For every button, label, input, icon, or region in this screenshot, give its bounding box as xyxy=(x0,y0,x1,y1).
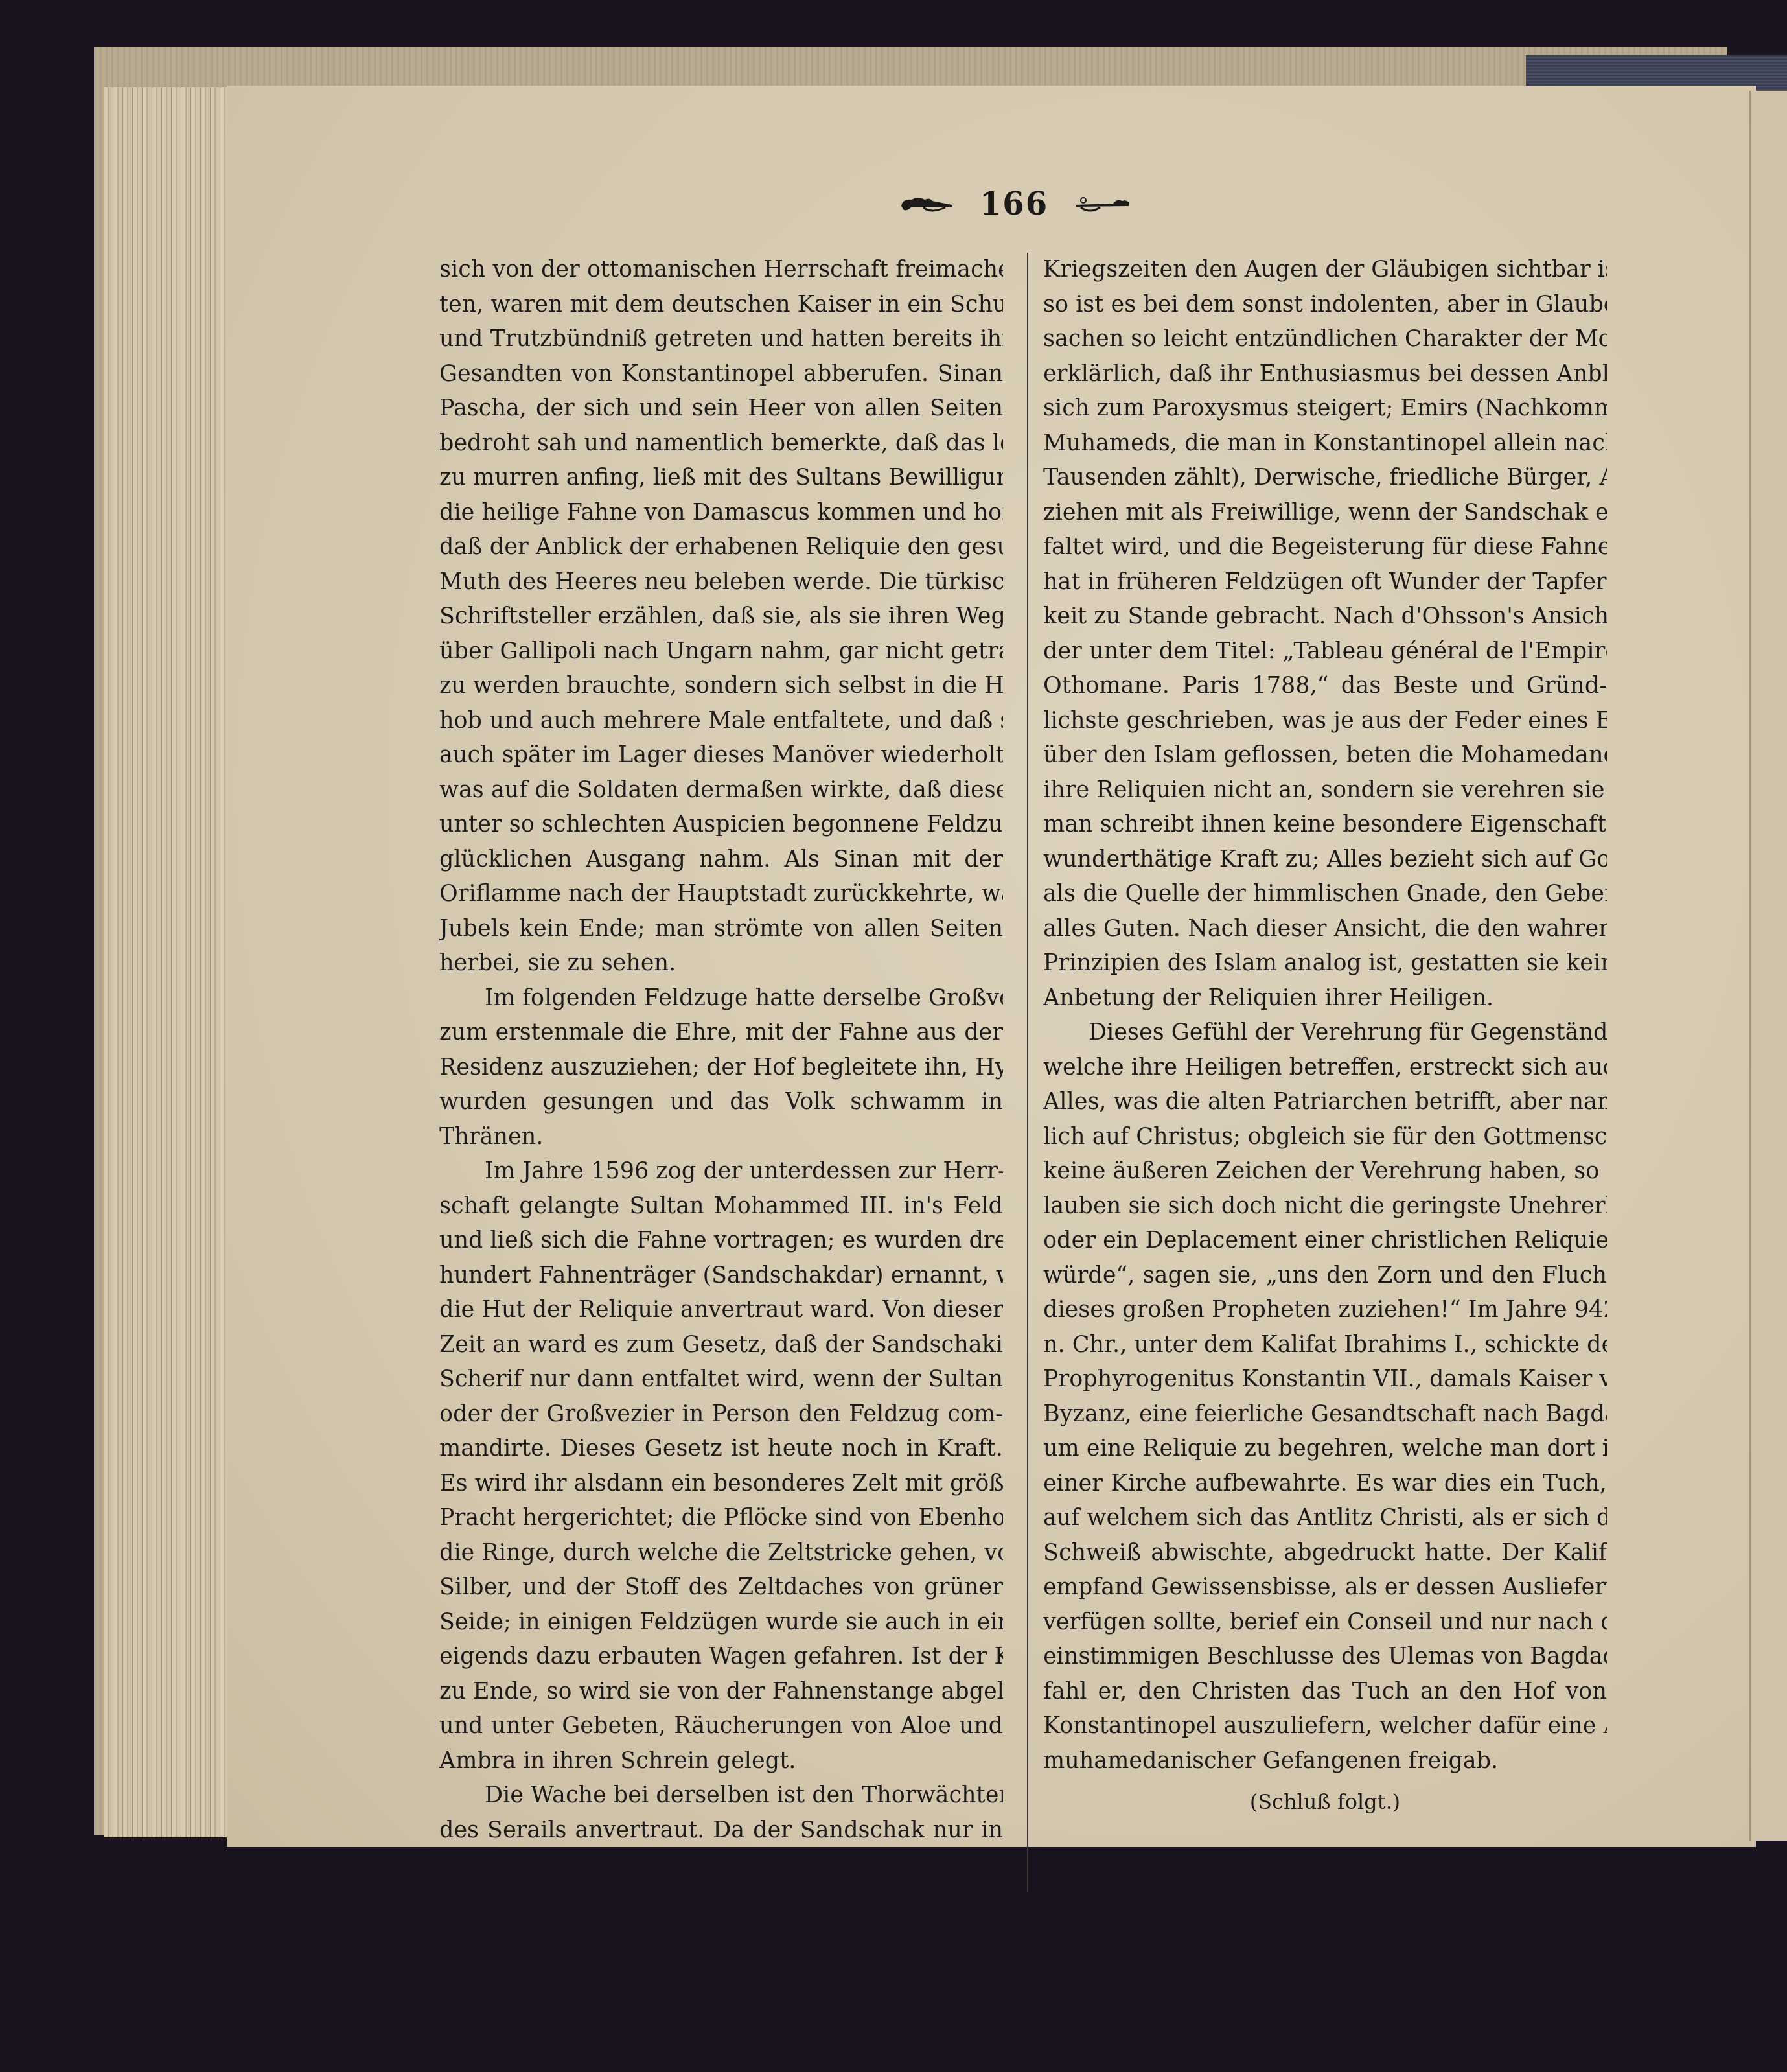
text-line: sich zum Paroxysmus steigert; Emirs (Nac… xyxy=(1043,391,1607,426)
text-line: unter so schlechten Auspicien begonnene … xyxy=(439,808,1003,843)
text-line: wurden gesungen und das Volk schwamm in xyxy=(439,1085,1003,1120)
text-line: Tausenden zählt), Derwische, friedliche … xyxy=(1043,461,1607,496)
text-line: ziehen mit als Freiwillige, wenn der San… xyxy=(1043,496,1607,531)
text-line: Byzanz, eine feierliche Gesandtschaft na… xyxy=(1043,1397,1607,1432)
text-line: Alles, was die alten Patriarchen betriff… xyxy=(1043,1085,1607,1120)
text-line: Gesandten von Konstantinopel abberufen. … xyxy=(439,357,1003,392)
text-line: Residenz auszuziehen; der Hof begleitete… xyxy=(439,1051,1003,1086)
text-line: sich von der ottomanischen Herrschaft fr… xyxy=(439,253,1003,288)
text-line: Seide; in einigen Feldzügen wurde sie au… xyxy=(439,1605,1003,1640)
text-line: oder ein Deplacement einer christlichen … xyxy=(1043,1224,1607,1259)
text-line: als die Quelle der himmlischen Gnade, de… xyxy=(1043,877,1607,912)
text-line: welche ihre Heiligen betreffen, erstreck… xyxy=(1043,1051,1607,1086)
text-line: Es wird ihr alsdann ein besonderes Zelt … xyxy=(439,1467,1003,1502)
text-line: Dieses Gefühl der Verehrung für Gegenstä… xyxy=(1043,1016,1607,1051)
text-line: ihre Reliquien nicht an, sondern sie ver… xyxy=(1043,773,1607,808)
text-line: keit zu Stande gebracht. Nach d'Ohsson's… xyxy=(1043,599,1607,634)
text-line: Zeit an ward es zum Gesetz, daß der Sand… xyxy=(439,1328,1003,1363)
text-line: und Trutzbündniß getreten und hatten ber… xyxy=(439,322,1003,357)
text-line: fahl er, den Christen das Tuch an den Ho… xyxy=(1043,1675,1607,1710)
ornament-left-icon xyxy=(899,194,954,214)
text-line: lich auf Christus; obgleich sie für den … xyxy=(1043,1120,1607,1155)
text-line: Oriflamme nach der Hauptstadt zurückkehr… xyxy=(439,877,1003,912)
text-line: zu murren anfing, ließ mit des Sultans B… xyxy=(439,461,1003,496)
text-line: faltet wird, und die Begeisterung für di… xyxy=(1043,530,1607,565)
text-line: dieses großen Propheten zuziehen!“ Im Ja… xyxy=(1043,1293,1607,1328)
continuation-note: (Schluß folgt.) xyxy=(1043,1785,1607,1820)
text-line: der unter dem Titel: „Tableau général de… xyxy=(1043,634,1607,669)
text-line: um eine Reliquie zu begehren, welche man… xyxy=(1043,1432,1607,1467)
text-line: zum erstenmale die Ehre, mit der Fahne a… xyxy=(439,1016,1003,1051)
text-line: empfand Gewissensbisse, als er dessen Au… xyxy=(1043,1570,1607,1605)
text-line: Silber, und der Stoff des Zeltdaches von… xyxy=(439,1570,1003,1605)
text-line: oder der Großvezier in Person den Feldzu… xyxy=(439,1397,1003,1432)
text-line: erklärlich, daß ihr Enthusiasmus bei des… xyxy=(1043,357,1607,392)
text-line: so ist es bei dem sonst indolenten, aber… xyxy=(1043,288,1607,323)
text-line: Prinzipien des Islam analog ist, gestatt… xyxy=(1043,946,1607,981)
text-line: mandirte. Dieses Gesetz ist heute noch i… xyxy=(439,1432,1003,1467)
facing-page-edge xyxy=(1749,91,1787,1841)
text-line: Pracht hergerichtet; die Pflöcke sind vo… xyxy=(439,1501,1003,1536)
text-line: keine äußeren Zeichen der Verehrung habe… xyxy=(1043,1154,1607,1189)
text-line: die heilige Fahne von Damascus kommen un… xyxy=(439,496,1003,531)
text-line: Schweiß abwischte, abgedruckt hatte. Der… xyxy=(1043,1536,1607,1571)
page-header: 166 xyxy=(897,185,1131,224)
text-line: ten, waren mit dem deutschen Kaiser in e… xyxy=(439,288,1003,323)
text-line: Die Wache bei derselben ist den Thorwäch… xyxy=(439,1778,1003,1813)
text-line: würde“, sagen sie, „uns den Zorn und den… xyxy=(1043,1259,1607,1294)
text-line: Prophyrogenitus Konstantin VII., damals … xyxy=(1043,1362,1607,1397)
text-line: Scherif nur dann entfaltet wird, wenn de… xyxy=(439,1362,1003,1397)
text-line: sachen so leicht entzündlichen Charakter… xyxy=(1043,322,1607,357)
text-column-left: sich von der ottomanischen Herrschaft fr… xyxy=(439,253,1003,1848)
text-line: Anbetung der Reliquien ihrer Heiligen. xyxy=(1043,981,1607,1016)
text-line: und ließ sich die Fahne vortragen; es wu… xyxy=(439,1224,1003,1259)
text-line: glücklichen Ausgang nahm. Als Sinan mit … xyxy=(439,843,1003,878)
text-line: hundert Fahnenträger (Sandschakdar) erna… xyxy=(439,1259,1003,1294)
text-line: eigends dazu erbauten Wagen gefahren. Is… xyxy=(439,1640,1003,1675)
text-line: schaft gelangte Sultan Mohammed III. in'… xyxy=(439,1189,1003,1224)
text-line: einstimmigen Beschlusse des Ulemas von B… xyxy=(1043,1640,1607,1675)
text-line: Muth des Heeres neu beleben werde. Die t… xyxy=(439,565,1003,600)
text-line: hob und auch mehrere Male entfaltete, un… xyxy=(439,704,1003,739)
text-line: Schriftsteller erzählen, daß sie, als si… xyxy=(439,599,1003,634)
text-line: auf welchem sich das Antlitz Christi, al… xyxy=(1043,1501,1607,1536)
text-column-right: Kriegszeiten den Augen der Gläubigen sic… xyxy=(1043,253,1607,1820)
text-line: n. Chr., unter dem Kalifat Ibrahims I., … xyxy=(1043,1328,1607,1363)
text-line: was auf die Soldaten dermaßen wirkte, da… xyxy=(439,773,1003,808)
text-line: bedroht sah und namentlich bemerkte, daß… xyxy=(439,426,1003,461)
text-line: muhamedanischer Gefangenen freigab. xyxy=(1043,1744,1607,1779)
text-line: herbei, sie zu sehen. xyxy=(439,946,1003,981)
text-line: die Ringe, durch welche die Zeltstricke … xyxy=(439,1536,1003,1571)
text-line: einer Kirche aufbewahrte. Es war dies ei… xyxy=(1043,1467,1607,1502)
text-line: über den Islam geflossen, beten die Moha… xyxy=(1043,738,1607,773)
text-line: Im folgenden Feldzuge hatte derselbe Gro… xyxy=(439,981,1003,1016)
text-line: und unter Gebeten, Räucherungen von Aloe… xyxy=(439,1709,1003,1744)
text-line: über Gallipoli nach Ungarn nahm, gar nic… xyxy=(439,634,1003,669)
column-divider xyxy=(1027,253,1028,1892)
text-line: man schreibt ihnen keine besondere Eigen… xyxy=(1043,808,1607,843)
text-line: lichste geschrieben, was je aus der Fede… xyxy=(1043,704,1607,739)
text-line: hat in früheren Feldzügen oft Wunder der… xyxy=(1043,565,1607,600)
page-number: 166 xyxy=(980,186,1048,222)
text-line: Konstantinopel auszuliefern, welcher daf… xyxy=(1043,1709,1607,1744)
text-line: wunderthätige Kraft zu; Alles bezieht si… xyxy=(1043,843,1607,878)
text-line: Kriegszeiten den Augen der Gläubigen sic… xyxy=(1043,253,1607,288)
text-line: zu werden brauchte, sondern sich selbst … xyxy=(439,669,1003,704)
page-edges-stack xyxy=(104,87,227,1837)
text-line: auch später im Lager dieses Manöver wied… xyxy=(439,738,1003,773)
text-line: verfügen sollte, berief ein Conseil und … xyxy=(1043,1605,1607,1640)
text-line: alles Guten. Nach dieser Ansicht, die de… xyxy=(1043,912,1607,947)
text-line: Muhameds, die man in Konstantinopel alle… xyxy=(1043,426,1607,461)
text-line: lauben sie sich doch nicht die geringste… xyxy=(1043,1189,1607,1224)
text-line: Im Jahre 1596 zog der unterdessen zur He… xyxy=(439,1154,1003,1189)
text-line: Thränen. xyxy=(439,1120,1003,1155)
text-line: Pascha, der sich und sein Heer von allen… xyxy=(439,391,1003,426)
text-line: daß der Anblick der erhabenen Reliquie d… xyxy=(439,530,1003,565)
text-line: Ambra in ihren Schrein gelegt. xyxy=(439,1744,1003,1779)
text-line: Othomane. Paris 1788,“ das Beste und Grü… xyxy=(1043,669,1607,704)
text-line: des Serails anvertraut. Da der Sandschak… xyxy=(439,1813,1003,1848)
text-line: Jubels kein Ende; man strömte von allen … xyxy=(439,912,1003,947)
ornament-right-icon xyxy=(1074,194,1129,214)
text-line: zu Ende, so wird sie von der Fahnenstang… xyxy=(439,1675,1003,1710)
text-line: die Hut der Reliquie anvertraut ward. Vo… xyxy=(439,1293,1003,1328)
